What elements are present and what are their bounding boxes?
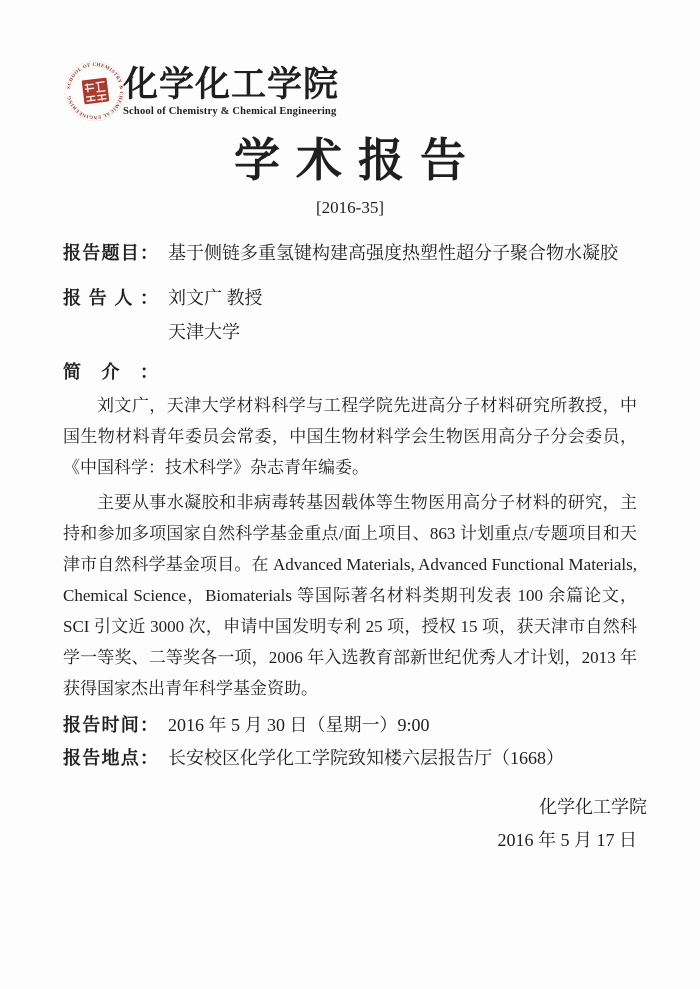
- school-logo: SCHOOL OF CHEMISTRY & CHEMICAL ENGINEERI…: [63, 58, 637, 124]
- affiliation-spacer: [63, 317, 158, 348]
- document-title: 学术报告: [63, 134, 637, 187]
- intro-paragraph: 主要从事水凝胶和非病毒转基因载体等生物医用高分子材料的研究，主持和参加多项国家自…: [63, 487, 637, 704]
- intro-paragraph: 刘文广，天津大学材料科学与工程学院先进高分子材料研究所教授，中国生物材料青年委员…: [63, 390, 637, 483]
- school-name-english: School of Chemistry & Chemical Engineeri…: [123, 106, 339, 117]
- serial-number: [2016-35]: [63, 196, 637, 219]
- time-label: 报告时间：: [63, 710, 158, 741]
- speaker-row: 报告人： 刘文广 教授: [63, 283, 637, 314]
- venue-row: 报告地点： 长安校区化学化工学院致知楼六层报告厅（1668）: [63, 743, 637, 774]
- document-page: SCHOOL OF CHEMISTRY & CHEMICAL ENGINEERI…: [0, 0, 700, 989]
- footer-signature: 化学化工学院: [63, 791, 647, 824]
- intro-heading-row: 简介：: [63, 357, 637, 388]
- affiliation-row: 天津大学: [63, 317, 637, 348]
- topic-label: 报告题目：: [63, 238, 158, 269]
- seal-stamp: [82, 78, 110, 105]
- speaker-label: 报告人：: [63, 283, 158, 314]
- speaker-value: 刘文广 教授: [168, 283, 637, 314]
- venue-value: 长安校区化学化工学院致知楼六层报告厅（1668）: [168, 743, 637, 774]
- topic-row: 报告题目： 基于侧链多重氢键构建高强度热塑性超分子聚合物水凝胶: [63, 238, 637, 269]
- school-seal-icon: SCHOOL OF CHEMISTRY & CHEMICAL ENGINEERI…: [63, 59, 127, 123]
- topic-value: 基于侧链多重氢键构建高强度热塑性超分子聚合物水凝胶: [168, 238, 637, 269]
- footer-date: 2016 年 5 月 17 日: [63, 824, 647, 857]
- venue-label: 报告地点：: [63, 743, 158, 774]
- time-row: 报告时间： 2016 年 5 月 30 日（星期一）9:00: [63, 710, 637, 741]
- intro-empty-value: [168, 357, 637, 388]
- affiliation-value: 天津大学: [168, 317, 637, 348]
- school-name-chinese: 化学化工学院: [123, 66, 339, 104]
- time-value: 2016 年 5 月 30 日（星期一）9:00: [168, 710, 637, 741]
- intro-label: 简介：: [63, 357, 158, 388]
- footer-signature-block: 化学化工学院 2016 年 5 月 17 日: [63, 791, 647, 857]
